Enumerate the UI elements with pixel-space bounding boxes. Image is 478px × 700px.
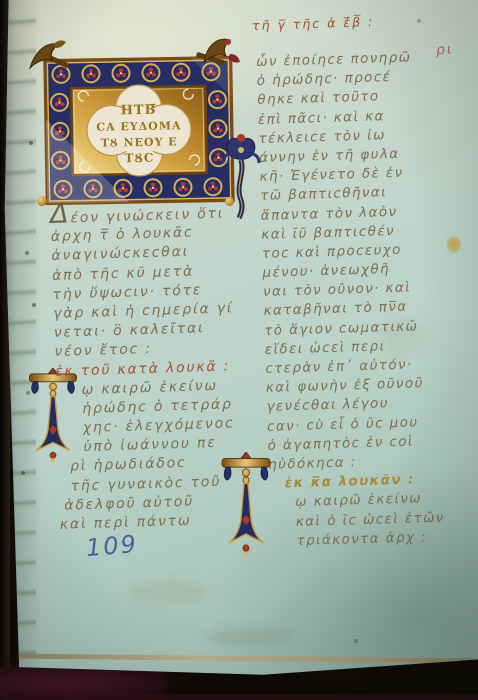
- left-text-column: Δέον γινώϲκειν ὅτι ἀρχη τ̅ ὁ λουκᾶϲ ἀναγ…: [50, 204, 262, 536]
- medallion-line: ΤȢϹ: [124, 151, 154, 166]
- folio-number-modern: 109: [85, 530, 139, 562]
- parchment-stain: [128, 580, 208, 604]
- frame-knob-left: [37, 196, 47, 206]
- medallion-line: ΤȢ ΝΕΟΥ Ε: [101, 135, 178, 149]
- binding-cloth-line: [0, 694, 478, 700]
- corner-fleuron-right-icon: [190, 28, 246, 76]
- corner-fleuron-left-icon: [24, 34, 76, 78]
- medallion-line: ϹΑ ΕΥΔΟΜΑ: [96, 119, 181, 133]
- parchment-stain: [205, 628, 295, 646]
- manuscript-photo: τῆ γ̅ τῆϲ ἁ ἑ̅β̅ : ρι: [0, 0, 478, 700]
- medallion-line: ΗΤΒ̅: [121, 103, 157, 119]
- gutter-ripples: [6, 0, 36, 662]
- right-text-column: ὧν ἐποίηϲε πονηρῶ ὁ ἡρώδηϲ· προϲέ θηκε κ…: [256, 48, 478, 553]
- page-bottom-edge: [14, 654, 476, 664]
